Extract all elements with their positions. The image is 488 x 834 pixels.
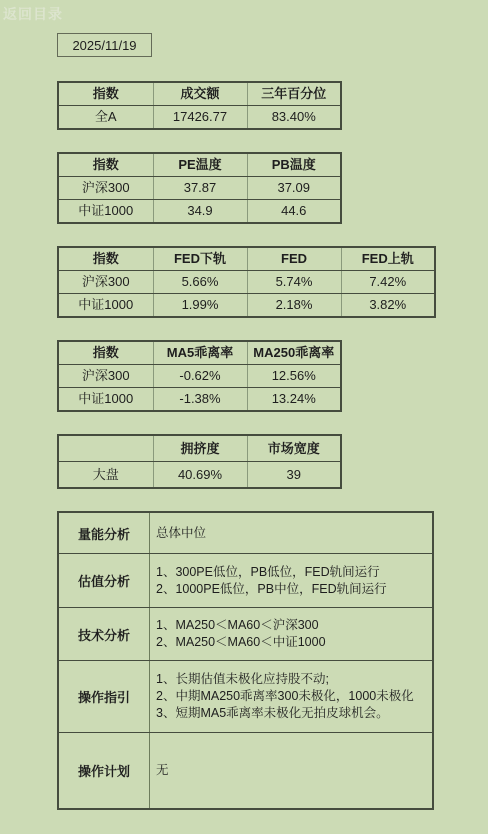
- table-cell: -0.62%: [153, 365, 247, 388]
- table-cell: 全A: [58, 106, 153, 130]
- table-cell: -1.38%: [153, 388, 247, 412]
- analysis-content: 1、长期估值未极化应持股不动;2、中期MA250乖离率300未极化，1000未极…: [150, 661, 432, 732]
- back-to-contents-link[interactable]: 返回目录: [3, 4, 63, 24]
- column-header: 指数: [58, 341, 153, 365]
- table-cell: 13.24%: [247, 388, 341, 412]
- column-header: MA5乖离率: [153, 341, 247, 365]
- column-header: 拥挤度: [153, 435, 247, 462]
- table-cell: 12.56%: [247, 365, 341, 388]
- table-row: 沪深3005.66%5.74%7.42%: [58, 271, 435, 294]
- column-header: 市场宽度: [247, 435, 341, 462]
- analysis-row: 量能分析总体中位: [59, 513, 432, 553]
- analysis-line: 3、短期MA5乖离率未极化无拍皮球机会。: [156, 705, 426, 722]
- header-row: 指数PE温度PB温度: [58, 153, 341, 177]
- report-body: 2025/11/19 指数成交额三年百分位全A17426.7783.40% 指数…: [0, 0, 488, 810]
- analysis-line: 2、1000PE低位，PB中位，FED轨间运行: [156, 581, 426, 598]
- column-header: 指数: [58, 247, 153, 271]
- table-row: 中证10001.99%2.18%3.82%: [58, 294, 435, 318]
- table-cell: 沪深300: [58, 177, 153, 200]
- table-cell: 2.18%: [247, 294, 341, 318]
- table-cell: 39: [247, 462, 341, 489]
- column-header: MA250乖离率: [247, 341, 341, 365]
- column-header: [58, 435, 153, 462]
- table-row: 大盘40.69%39: [58, 462, 341, 489]
- column-header: 三年百分位: [247, 82, 341, 106]
- table-cell: 7.42%: [341, 271, 435, 294]
- table-row: 中证100034.944.6: [58, 200, 341, 224]
- table-cell: 37.87: [153, 177, 247, 200]
- header-row: 拥挤度市场宽度: [58, 435, 341, 462]
- table-row: 全A17426.7783.40%: [58, 106, 341, 130]
- column-header: 指数: [58, 153, 153, 177]
- analysis-row: 操作指引1、长期估值未极化应持股不动;2、中期MA250乖离率300未极化，10…: [59, 660, 432, 732]
- table-cell: 沪深300: [58, 271, 153, 294]
- table-cell: 中证1000: [58, 388, 153, 412]
- column-header: PB温度: [247, 153, 341, 177]
- table-cell: 中证1000: [58, 294, 153, 318]
- table-cell: 5.66%: [153, 271, 247, 294]
- pe-pb-temperature-table: 指数PE温度PB温度沪深30037.8737.09中证100034.944.6: [57, 152, 342, 224]
- analysis-line: 2、中期MA250乖离率300未极化，1000未极化: [156, 688, 426, 705]
- analysis-line: 1、300PE低位，PB低位，FED轨间运行: [156, 564, 426, 581]
- header-row: 指数成交额三年百分位: [58, 82, 341, 106]
- analysis-label: 估值分析: [59, 554, 150, 607]
- table-row: 中证1000-1.38%13.24%: [58, 388, 341, 412]
- report-date-cell: 2025/11/19: [57, 33, 152, 57]
- report-page: { "page": { "back_link": "返回目录", "date":…: [0, 0, 488, 834]
- table-row: 沪深300-0.62%12.56%: [58, 365, 341, 388]
- table-cell: 中证1000: [58, 200, 153, 224]
- analysis-label: 操作指引: [59, 661, 150, 732]
- analysis-row: 估值分析1、300PE低位，PB低位，FED轨间运行2、1000PE低位，PB中…: [59, 553, 432, 607]
- analysis-line: 1、长期估值未极化应持股不动;: [156, 671, 426, 688]
- table-cell: 3.82%: [341, 294, 435, 318]
- analysis-line: 总体中位: [156, 525, 426, 542]
- analysis-content: 总体中位: [150, 513, 432, 553]
- column-header: 指数: [58, 82, 153, 106]
- analysis-line: 无: [156, 762, 426, 779]
- column-header: FED: [247, 247, 341, 271]
- table-cell: 34.9: [153, 200, 247, 224]
- analysis-label: 操作计划: [59, 733, 150, 808]
- table-cell: 17426.77: [153, 106, 247, 130]
- crowding-breadth-table: 拥挤度市场宽度大盘40.69%39: [57, 434, 342, 489]
- analysis-label: 量能分析: [59, 513, 150, 553]
- column-header: PE温度: [153, 153, 247, 177]
- analysis-content: 1、300PE低位，PB低位，FED轨间运行2、1000PE低位，PB中位，FE…: [150, 554, 432, 607]
- column-header: 成交额: [153, 82, 247, 106]
- analysis-line: 2、MA250＜MA60＜中证1000: [156, 634, 426, 651]
- fed-channel-table: 指数FED下轨FEDFED上轨沪深3005.66%5.74%7.42%中证100…: [57, 246, 436, 318]
- table-cell: 大盘: [58, 462, 153, 489]
- header-row: 指数FED下轨FEDFED上轨: [58, 247, 435, 271]
- table-cell: 37.09: [247, 177, 341, 200]
- table-cell: 沪深300: [58, 365, 153, 388]
- table-cell: 40.69%: [153, 462, 247, 489]
- header-row: 指数MA5乖离率MA250乖离率: [58, 341, 341, 365]
- analysis-row: 技术分析1、MA250＜MA60＜沪深3002、MA250＜MA60＜中证100…: [59, 607, 432, 660]
- analysis-content: 无: [150, 733, 432, 808]
- table-cell: 5.74%: [247, 271, 341, 294]
- table-row: 沪深30037.8737.09: [58, 177, 341, 200]
- analysis-label: 技术分析: [59, 608, 150, 660]
- analysis-summary-table: 量能分析总体中位估值分析1、300PE低位，PB低位，FED轨间运行2、1000…: [57, 511, 434, 810]
- column-header: FED上轨: [341, 247, 435, 271]
- table-cell: 44.6: [247, 200, 341, 224]
- table-cell: 1.99%: [153, 294, 247, 318]
- analysis-content: 1、MA250＜MA60＜沪深3002、MA250＜MA60＜中证1000: [150, 608, 432, 660]
- turnover-percentile-table: 指数成交额三年百分位全A17426.7783.40%: [57, 81, 342, 130]
- analysis-row: 操作计划无: [59, 732, 432, 808]
- column-header: FED下轨: [153, 247, 247, 271]
- table-cell: 83.40%: [247, 106, 341, 130]
- analysis-line: 1、MA250＜MA60＜沪深300: [156, 617, 426, 634]
- ma-bias-table: 指数MA5乖离率MA250乖离率沪深300-0.62%12.56%中证1000-…: [57, 340, 342, 412]
